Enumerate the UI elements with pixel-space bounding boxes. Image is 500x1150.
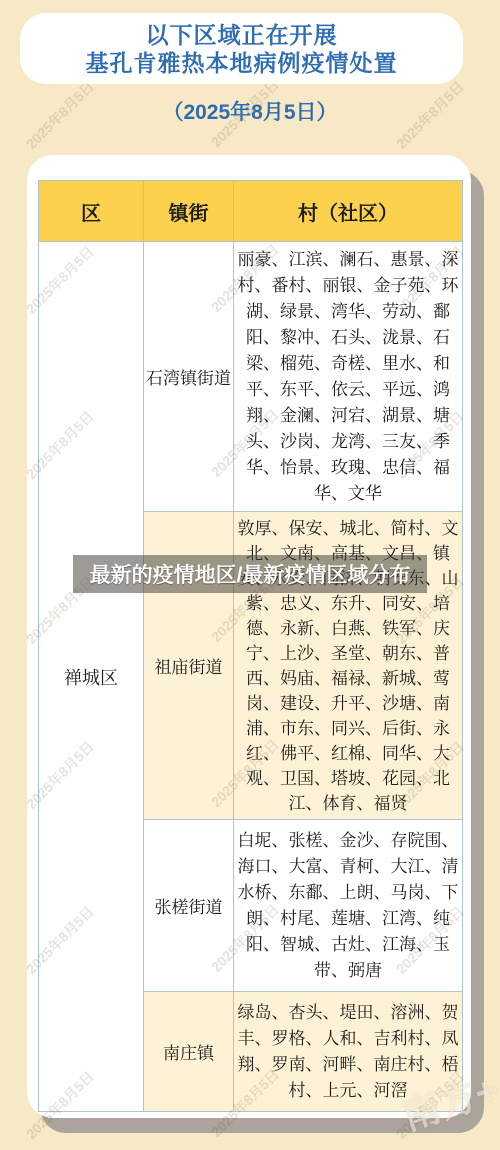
- title-banner: 以下区域正在开展 基孔肯雅热本地病例疫情处置: [20, 13, 463, 84]
- villages-cell-shiwan: 丽豪、江滨、澜石、惠景、深村、番村、丽银、金子苑、环湖、绿景、湾华、劳动、鄱阳、…: [234, 242, 463, 512]
- table-card: 区 镇街 村（社区） 禅城区 石湾镇街道 丽豪、江滨、澜石、惠景、深村、番村、丽…: [27, 155, 471, 1118]
- page-title-line2: 基孔肯雅热本地病例疫情处置: [86, 49, 398, 77]
- table-row: 禅城区 石湾镇街道 丽豪、江滨、澜石、惠景、深村、番村、丽银、金子苑、环湖、绿景…: [39, 242, 463, 512]
- page-title-line1: 以下区域正在开展: [146, 21, 338, 49]
- villages-cell-zhangcha: 白坭、张槎、金沙、存院围、海口、大富、青柯、大江、清水桥、东鄱、上朗、马岗、下朗…: [234, 820, 463, 992]
- header-villages: 村（社区）: [234, 181, 463, 242]
- poster-page: 以下区域正在开展 基孔肯雅热本地病例疫情处置 （2025年8月5日） 区 镇街 …: [0, 0, 500, 1150]
- street-cell-nanzhuang: 南庄镇: [144, 992, 234, 1112]
- district-cell: 禅城区: [39, 242, 144, 1112]
- epidemic-area-table: 区 镇街 村（社区） 禅城区 石湾镇街道 丽豪、江滨、澜石、惠景、深村、番村、丽…: [38, 180, 463, 1112]
- report-date: （2025年8月5日）: [0, 99, 500, 127]
- villages-cell-nanzhuang: 绿岛、杏头、堤田、溶洲、贺丰、罗格、人和、吉利村、凤翔、罗南、河畔、南庄村、梧村…: [234, 992, 463, 1112]
- street-cell-shiwan: 石湾镇街道: [144, 242, 234, 512]
- street-cell-zhangcha: 张槎街道: [144, 820, 234, 992]
- table-header-row: 区 镇街 村（社区）: [39, 181, 463, 242]
- header-street: 镇街: [144, 181, 234, 242]
- overlay-caption-bar: 最新的疫情地区/最新疫情区域分布: [73, 555, 427, 593]
- header-district: 区: [39, 181, 144, 242]
- overlay-caption-text: 最新的疫情地区/最新疫情区域分布: [90, 559, 411, 589]
